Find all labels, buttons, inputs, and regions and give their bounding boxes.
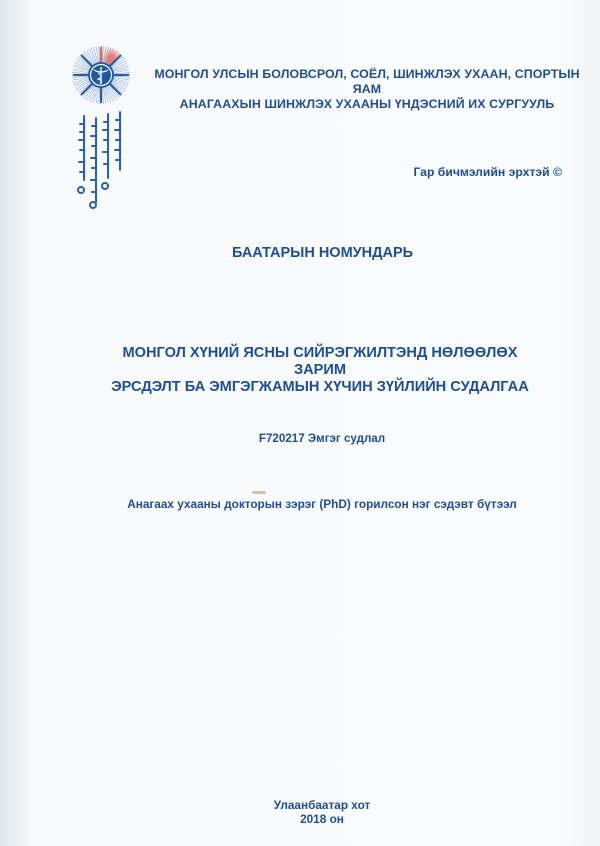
author-name: БААТАРЫН НОМУНДАРЬ bbox=[0, 245, 600, 261]
year: 2018 он bbox=[44, 812, 600, 826]
mongolian-script-emblem-text bbox=[74, 110, 132, 210]
thesis-title-line-2: ЭРСДЭЛТ БА ЭМГЭГЖАМЫН ХҮЧИН ЗҮЙЛИЙН СУДА… bbox=[95, 379, 545, 396]
scan-speck bbox=[252, 491, 266, 494]
ministry-name: МОНГОЛ УЛСЫН БОЛОВСРОЛ, СОЁЛ, ШИНЖЛЭХ УХ… bbox=[152, 67, 582, 97]
ministry-header: МОНГОЛ УЛСЫН БОЛОВСРОЛ, СОЁЛ, ШИНЖЛЭХ УХ… bbox=[152, 67, 582, 112]
page-spine-shadow bbox=[0, 0, 34, 846]
thesis-title-line-1: МОНГОЛ ХҮНИЙ ЯСНЫ СИЙРЭГЖИЛТЭНД НӨЛӨӨЛӨХ… bbox=[95, 345, 545, 379]
copyright-notice: Гар бичмэлийн эрхтэй © bbox=[413, 165, 562, 179]
university-emblem-icon bbox=[70, 44, 132, 106]
specialty-code: F720217 Эмгэг судлал bbox=[0, 432, 600, 445]
city: Улаанбаатар хот bbox=[44, 798, 600, 812]
document-page: МОНГОЛ УЛСЫН БОЛОВСРОЛ, СОЁЛ, ШИНЖЛЭХ УХ… bbox=[0, 0, 600, 846]
thesis-title: МОНГОЛ ХҮНИЙ ЯСНЫ СИЙРЭГЖИЛТЭНД НӨЛӨӨЛӨХ… bbox=[95, 345, 545, 396]
place-and-year: Улаанбаатар хот 2018 он bbox=[0, 798, 600, 826]
degree-statement: Анагаах ухааны докторын зэрэг (PhD) гори… bbox=[0, 497, 600, 511]
university-name: АНАГААХЫН ШИНЖЛЭХ УХААНЫ ҮНДЭСНИЙ ИХ СУР… bbox=[152, 97, 582, 112]
